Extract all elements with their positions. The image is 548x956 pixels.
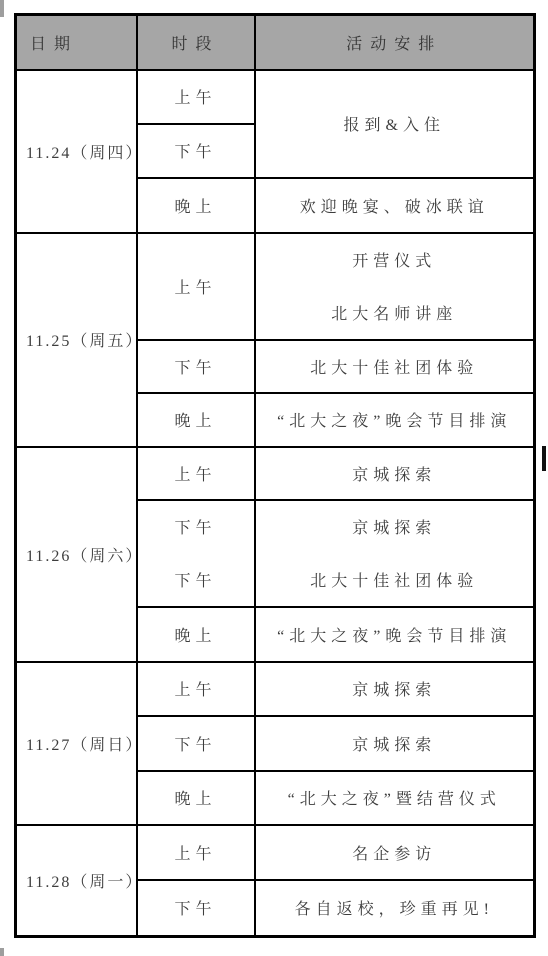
time-cell: 上午 [137,70,255,124]
table-row: 11.24（周四） 上午 报到&入住 [16,70,535,124]
edge-artifact-top-left [0,0,4,17]
time-cell: 下午 [137,124,255,178]
activity-cell: 京城探索 [255,662,535,716]
time-cell: 下午 [137,716,255,771]
date-cell: 11.27（周日） [16,662,137,825]
time-cell: 下午 [137,880,255,937]
activity-cell: “北大之夜”晚会节目排演 [255,393,535,447]
activity-cell: 欢迎晚宴、破冰联谊 [255,178,535,233]
time-cell: 下午 下午 [137,500,255,607]
activity-cell: 京城探索 北大十佳社团体验 [255,500,535,607]
activity-cell: 京城探索 [255,716,535,771]
header-date: 日期 [16,15,137,70]
time-cell: 上午 [137,447,255,500]
activity-line: 京城探索 [352,515,436,538]
time-cell: 下午 [137,340,255,393]
date-cell: 11.24（周四） [16,70,137,233]
time-line: 下午 [174,568,216,591]
activity-two-lines: 京城探索 北大十佳社团体验 [256,515,534,591]
activity-cell: “北大之夜”晚会节目排演 [255,607,535,662]
date-cell: 11.25（周五） [16,233,137,447]
time-cell: 上午 [137,233,255,340]
date-cell: 11.28（周一） [16,825,137,937]
activity-cell: 名企参访 [255,825,535,880]
activity-two-lines: 开营仪式 北大名师讲座 [256,248,534,324]
activity-line: 开营仪式 [352,248,436,271]
text-cursor-artifact [542,446,546,471]
activity-cell: 各自返校，珍重再见! [255,880,535,937]
date-cell: 11.26（周六） [16,447,137,662]
document-page: 日期 时段 活动安排 11.24（周四） 上午 报到&入住 下午 晚上 欢迎晚宴… [0,0,548,956]
time-cell: 晚上 [137,178,255,233]
edge-artifact-bottom-left [0,948,4,956]
time-cell: 晚上 [137,393,255,447]
schedule-table: 日期 时段 活动安排 11.24（周四） 上午 报到&入住 下午 晚上 欢迎晚宴… [14,13,536,938]
table-row: 11.26（周六） 上午 京城探索 [16,447,535,500]
table-row: 11.25（周五） 上午 开营仪式 北大名师讲座 [16,233,535,340]
time-cell: 晚上 [137,607,255,662]
table-header-row: 日期 时段 活动安排 [16,15,535,70]
header-time: 时段 [137,15,255,70]
table-row: 11.27（周日） 上午 京城探索 [16,662,535,716]
time-cell: 上午 [137,662,255,716]
time-two-lines: 下午 下午 [138,515,254,591]
time-cell: 晚上 [137,771,255,825]
activity-line: 北大十佳社团体验 [310,568,478,591]
table-row: 11.28（周一） 上午 名企参访 [16,825,535,880]
activity-line: 北大名师讲座 [331,301,457,324]
activity-cell: 开营仪式 北大名师讲座 [255,233,535,340]
time-line: 下午 [174,515,216,538]
activity-cell: 北大十佳社团体验 [255,340,535,393]
time-cell: 上午 [137,825,255,880]
activity-cell: 报到&入住 [255,70,535,178]
header-activity: 活动安排 [255,15,535,70]
activity-cell: 京城探索 [255,447,535,500]
activity-cell: “北大之夜”暨结营仪式 [255,771,535,825]
